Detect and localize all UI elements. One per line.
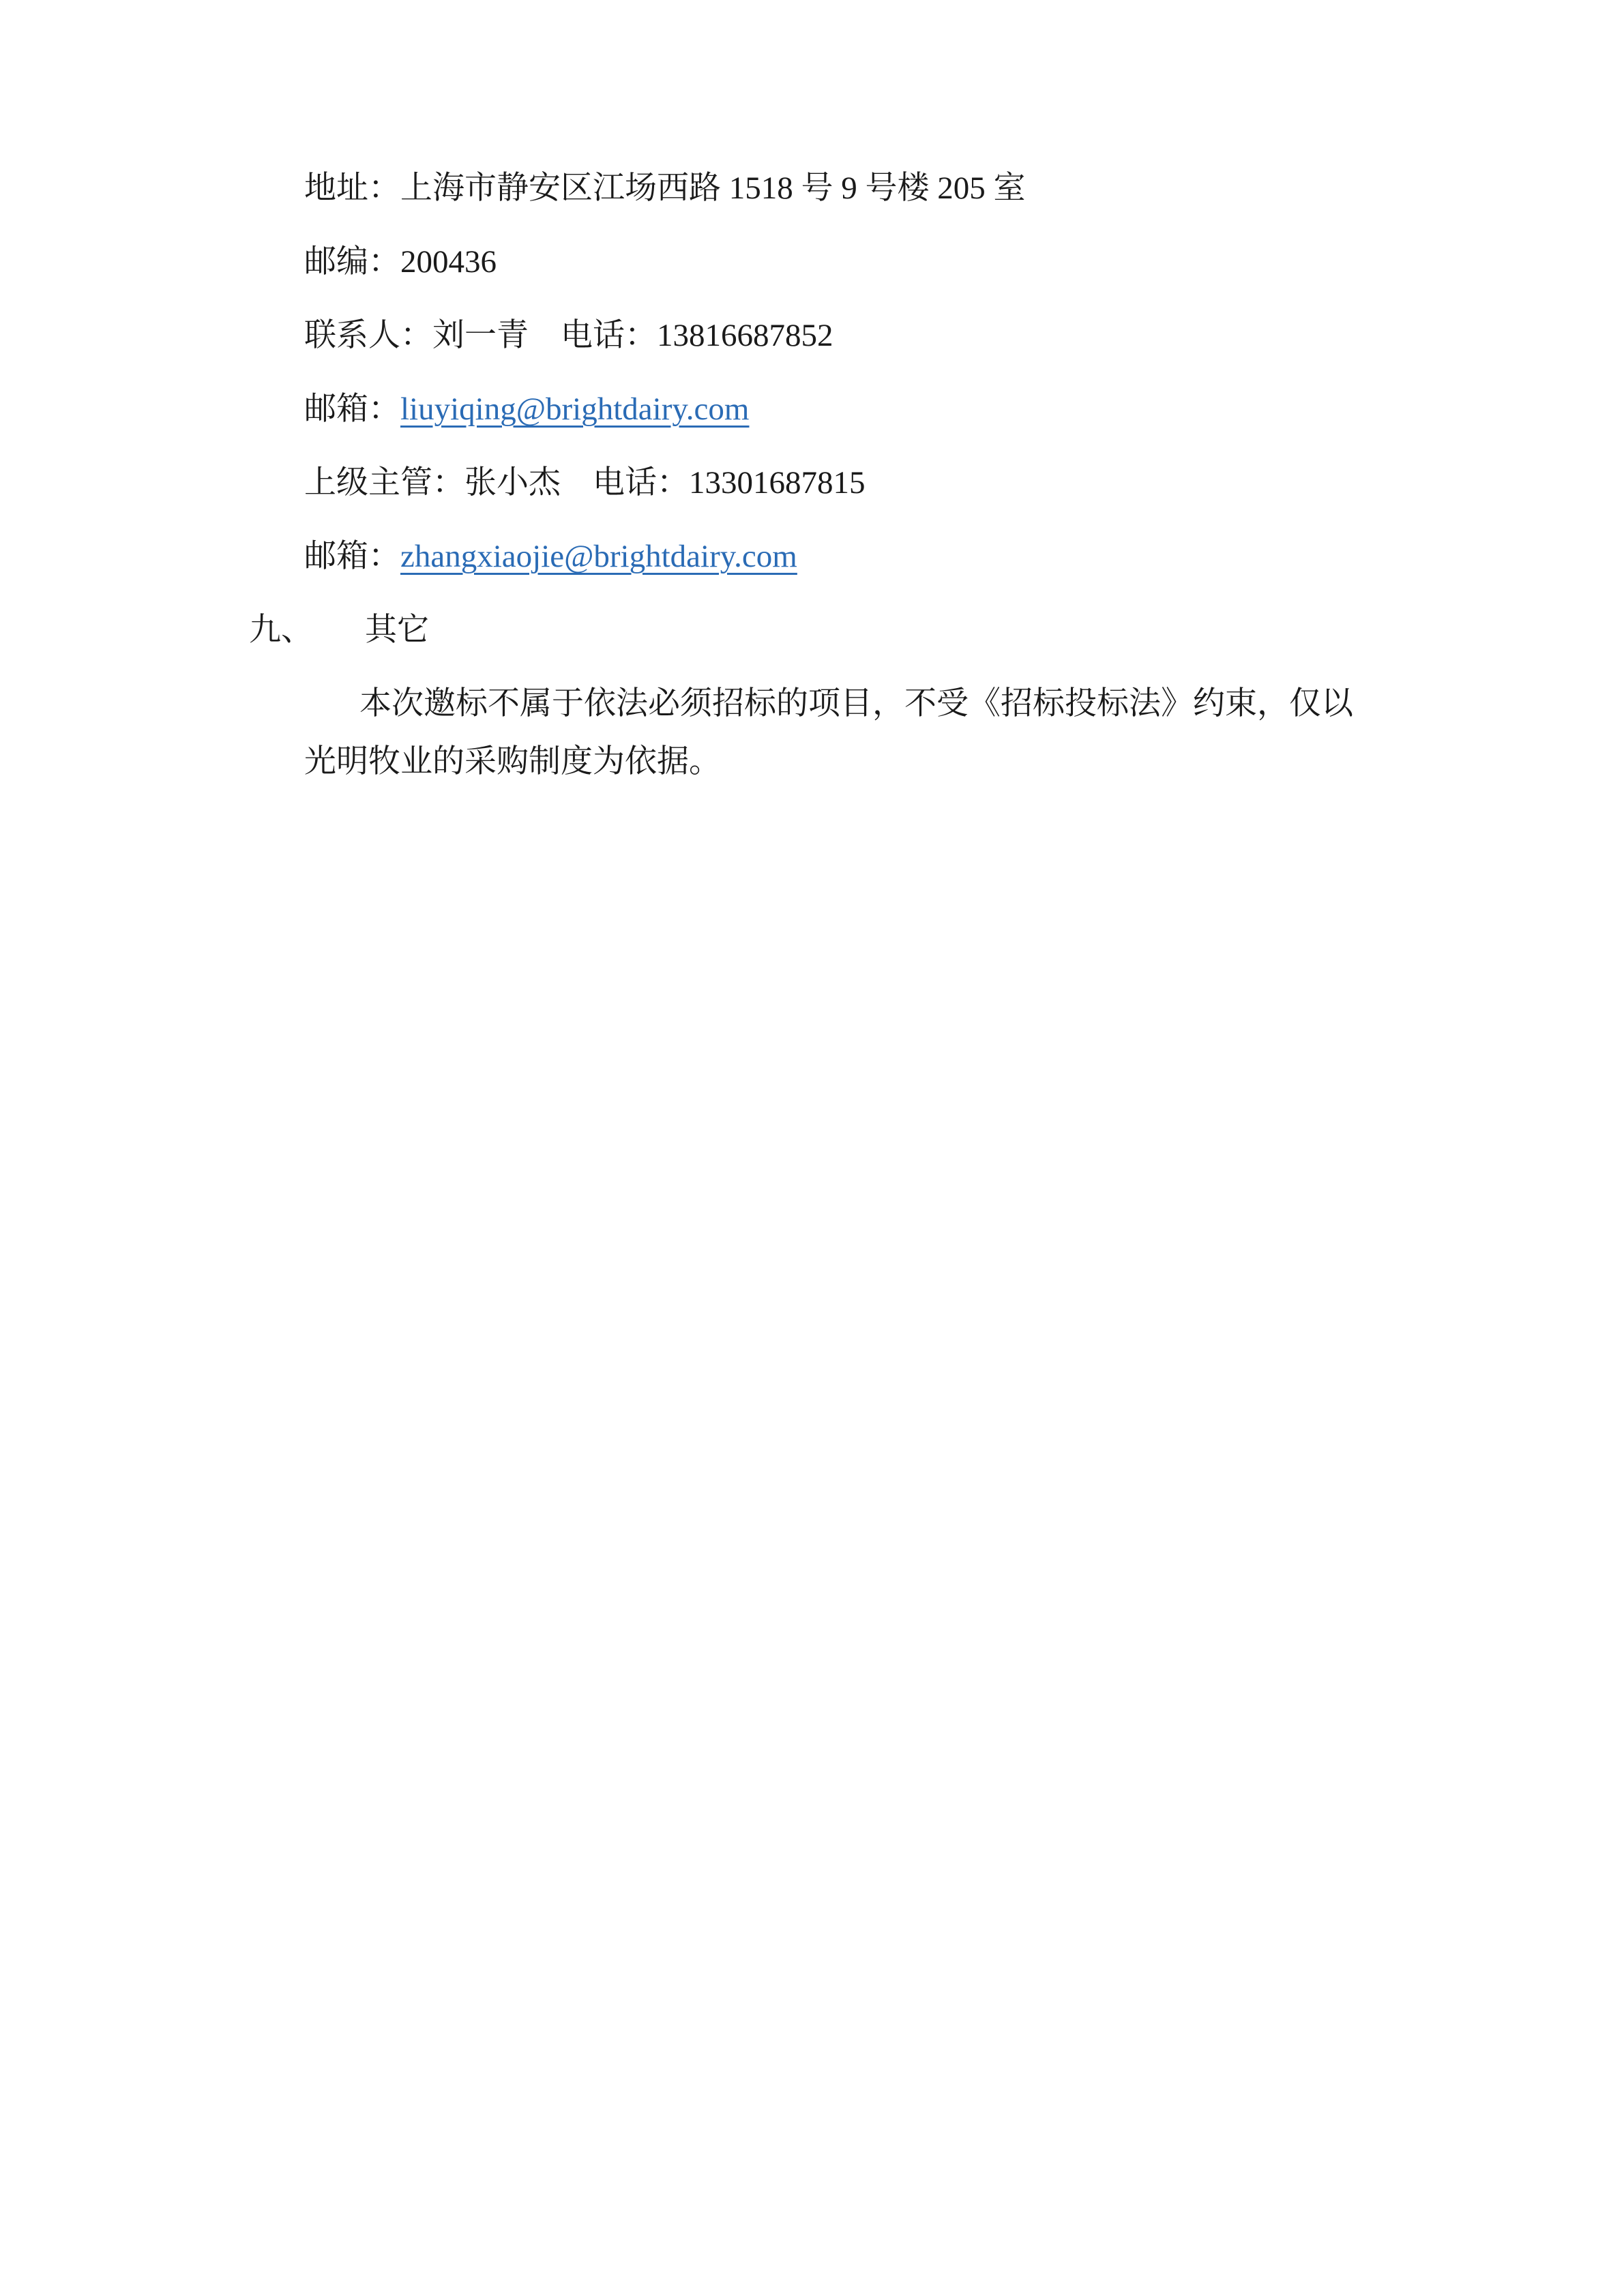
- email-label-1: 邮箱：: [304, 391, 400, 427]
- address-line: 地址：上海市静安区江场西路 1518 号 9 号楼 205 室: [304, 151, 1624, 225]
- section-number: 九、: [249, 612, 313, 648]
- paragraph-line-2: 光明牧业的采购制度为依据。: [304, 733, 1423, 791]
- email-line-1: 邮箱：liuyiqing@brightdairy.com: [304, 372, 1624, 446]
- document-page: 地址：上海市静安区江场西路 1518 号 9 号楼 205 室 邮编：20043…: [0, 0, 1624, 2296]
- email-line-2: 邮箱：zhangxiaojie@brightdairy.com: [304, 520, 1624, 593]
- section-title: 其它: [365, 593, 429, 667]
- section-heading: 九、其它: [249, 593, 1624, 667]
- document-body: 地址：上海市静安区江场西路 1518 号 9 号楼 205 室 邮编：20043…: [0, 151, 1624, 791]
- paragraph-line-1: 本次邀标不属于依法必须招标的项目，不受《招标投标法》约束，仅以: [304, 675, 1423, 733]
- email-label-2: 邮箱：: [304, 539, 400, 574]
- postal-code-line: 邮编：200436: [304, 225, 1624, 299]
- email-link-zhangxiaojie[interactable]: zhangxiaojie@brightdairy.com: [400, 539, 797, 574]
- email-link-liuyiqing[interactable]: liuyiqing@brightdairy.com: [400, 391, 749, 427]
- body-paragraph: 本次邀标不属于依法必须招标的项目，不受《招标投标法》约束，仅以 光明牧业的采购制…: [304, 675, 1423, 791]
- contact-person-line: 联系人：刘一青 电话：13816687852: [304, 299, 1624, 372]
- supervisor-line: 上级主管：张小杰 电话：13301687815: [304, 446, 1624, 520]
